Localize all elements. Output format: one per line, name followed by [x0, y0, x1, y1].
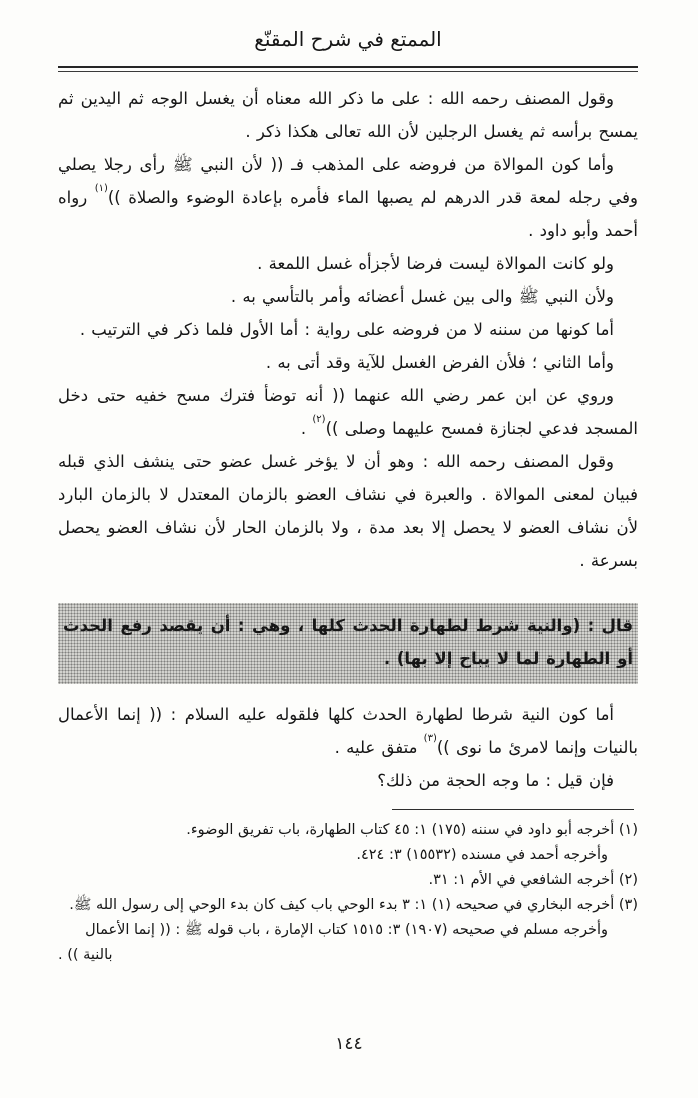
paragraph-argument-4: وأما الثاني ؛ فلأن الفرض الغسل للآية وقد… — [58, 346, 638, 379]
paragraph-author-comment-1: وقول المصنف رحمه الله : على ما ذكر الله … — [58, 82, 638, 148]
footnote-3-line-2: وأخرجه مسلم في صحيحه (١٩٠٧) ٣: ١٥١٥ كتاب… — [58, 918, 638, 943]
paragraph-argument-2: ولأن النبي ﷺ والى بين غسل أعضائه وأمر با… — [58, 280, 638, 313]
paragraph-text: متفق عليه . — [335, 738, 424, 757]
book-page: الممتع في شرح المقنّع وقول المصنف رحمه ا… — [0, 0, 698, 1098]
footnote-2-line-1: (٢) أخرجه الشافعي في الأم ١: ٣١. — [58, 868, 638, 893]
header-rule — [58, 66, 638, 72]
footnote-1-line-2: وأخرجه أحمد في مسنده (١٥٥٣٢) ٣: ٤٢٤. — [58, 843, 638, 868]
paragraph-author-comment-2: وقول المصنف رحمه الله : وهو أن لا يؤخر غ… — [58, 445, 638, 577]
paragraph-argument-1: ولو كانت الموالاة ليست فرضا لأجزأه غسل ا… — [58, 247, 638, 280]
paragraph-niyyah-proof: أما كون النية شرطا لطهارة الحدث كلها فلق… — [58, 698, 638, 764]
paragraph-argument-3: أما كونها من سننه لا من فروضه على رواية … — [58, 313, 638, 346]
main-text: وقول المصنف رحمه الله : على ما ذكر الله … — [58, 82, 638, 797]
matn-highlight-block: قال : (والنية شرط لطهارة الحدث كلها ، وه… — [58, 603, 638, 684]
footnote-1-line-1: (١) أخرجه أبو داود في سننه (١٧٥) ١: ٤٥ ك… — [58, 818, 638, 843]
footnote-ref-2: (٢) — [312, 414, 325, 425]
footnote-section: (١) أخرجه أبو داود في سننه (١٧٥) ١: ٤٥ ك… — [58, 809, 638, 968]
paragraph-text: وأما كون الموالاة من فروضه على المذهب فـ… — [58, 155, 638, 207]
footnote-ref-1: (١) — [95, 183, 108, 194]
footnote-3-line-3: بالنية )) . — [58, 943, 638, 968]
footnote-separator-rule — [392, 809, 634, 810]
footnote-ref-3: (٣) — [424, 733, 437, 744]
page-number: ١٤٤ — [0, 1034, 698, 1054]
footnote-3-line-1: (٣) أخرجه البخاري في صحيحه (١) ١: ٣ بدء … — [58, 893, 638, 918]
footnotes-list: (١) أخرجه أبو داود في سننه (١٧٥) ١: ٤٥ ك… — [58, 818, 638, 968]
paragraph-text: . — [301, 419, 313, 438]
matn-text: قال : (والنية شرط لطهارة الحدث كلها ، وه… — [63, 609, 633, 675]
paragraph-athar-ibn-umar: وروي عن ابن عمر رضي الله عنهما (( أنه تو… — [58, 379, 638, 445]
page-header: الممتع في شرح المقنّع — [58, 24, 638, 72]
paragraph-question: فإن قيل : ما وجه الحجة من ذلك؟ — [58, 764, 638, 797]
book-title: الممتع في شرح المقنّع — [58, 24, 638, 54]
paragraph-hadith-1: وأما كون الموالاة من فروضه على المذهب فـ… — [58, 148, 638, 247]
paragraph-text: وروي عن ابن عمر رضي الله عنهما (( أنه تو… — [58, 386, 638, 438]
